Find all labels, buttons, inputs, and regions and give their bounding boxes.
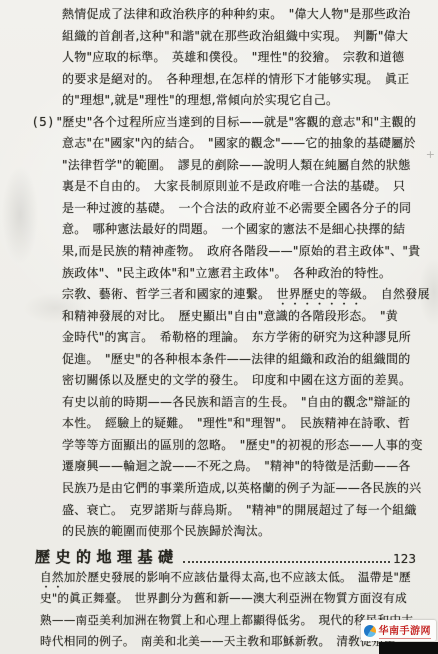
toc-line: 密切關係以及歷史的文学的發生。 印度和中國在这方面的差異。	[0, 370, 438, 392]
toc-line: 本性。 經驗上的疑難。 "理性"和"理智"。 民族精神在詩歌、哲	[0, 413, 438, 435]
emphasized-phrase: 世界歷史的等級。	[277, 287, 369, 301]
watermark-black-bar	[379, 642, 438, 654]
page-text: 熱情促成了法律和政治秩序的种种約束。 "偉大人物"是那些政治 組織的首創者,这种…	[0, 4, 438, 653]
toc-line-text: "歷史"各个过程所应当達到的目标——就是"客觀的意志"和"主觀的	[57, 115, 417, 129]
toc-line: 有史以前的時期——各民族和語言的生長。 "自由的觀念"辯証的	[0, 392, 438, 414]
toc-line: 的民族的範圍而使那个民族歸於淘汰。	[0, 521, 438, 543]
toc-line: 金時代"的寓言。 希勒格的理論。 东方学術的研究为这种謬見所	[0, 327, 438, 349]
toc-line: 的"理想",就是"理性"的理想,常傾向於实現它自己。	[0, 90, 438, 112]
toc-line: 人物"应取的标準。 英雄和僕役。 "理性"的狡獪。 宗敎和道德	[0, 47, 438, 69]
item-number: (5)	[33, 115, 57, 129]
dotted-leader	[183, 561, 391, 563]
toc-line: 裏是不自由的。 大家長制原則並不是政府唯一合法的基礎。 只	[0, 176, 438, 198]
toc-line: 的要求是絕对的。 各种理想,在怎样的情形下才能够实現。 眞正	[0, 69, 438, 91]
toc-line: 組織的首創者,这种"和諧"就在那些政治組織中实現。 判斷"偉大	[0, 26, 438, 48]
toc-line: 和精神發展的对比。 歷史顯出"自由"意識的各階段形态。 "黄	[0, 306, 438, 328]
toc-line: 意志"在"國家"內的結合。 "國家的觀念"——它的抽象的基礎屬於	[0, 133, 438, 155]
toc-line: 盛、衰亡。 克罗諾斯与薛烏斯。 "精神"的開展超过了每一个組織	[0, 500, 438, 522]
toc-line: 意。 哪种憲法最好的問題。 一个國家的憲法不是細心抉擇的結	[0, 219, 438, 241]
scanned-book-page: 熱情促成了法律和政治秩序的种种約束。 "偉大人物"是那些政治 組織的首創者,这种…	[0, 0, 438, 654]
watermark-text: 华南手游网	[379, 622, 432, 639]
watermark-band: 华南手游网	[361, 620, 437, 641]
toc-line: 是一种过渡的基礎。 一个合法的政府並不必需要全國各分子的同	[0, 198, 438, 220]
page-number: 123	[393, 552, 416, 566]
toc-line: "法律哲学"的範圍。 謬見的剷除——說明人類在純屬自然的狀態	[0, 155, 438, 177]
section-heading: 歷史的地理基礎	[35, 546, 179, 567]
emphasized-phrase: 自然	[40, 570, 64, 584]
toc-line: 遷廢興——輪迴之說——不死之鳥。 "精神"的特徵是活動——各	[0, 456, 438, 478]
toc-line: 促進。 "歷史"的各种根本条件——法律的組織和政治的組織間的	[0, 349, 438, 371]
toc-line: 民族乃是由它們的事業所造成,以英格蘭的例子为証——各民族的兴	[0, 478, 438, 500]
toc-line: 学等等方面顯出的區別的忽略。 "歷史"的初視的形态——人事的变	[0, 435, 438, 457]
toc-line: 族政体"、"民主政体"和"立憲君主政体"。 各种政治的特性。	[0, 263, 438, 285]
toc-line: 熱情促成了法律和政治秩序的种种約束。 "偉大人物"是那些政治	[0, 4, 438, 26]
section-heading-row: 歷史的地理基礎 123	[0, 544, 438, 567]
toc-line-text: 加於歷史發展的影响不应該估量得太高,也不应該太低。 温帶是"歷	[64, 570, 411, 584]
watermark: 华南手游网	[361, 620, 437, 654]
toc-line: 果,而是民族的精神產物。 政府各階段——"原始的君主政体"、"貴	[0, 241, 438, 263]
watermark-logo-icon	[364, 625, 376, 637]
scan-artifact: +	[426, 148, 435, 161]
toc-line-text: 宗敎、藝術、哲学三者和國家的連繫。	[62, 287, 277, 301]
toc-line: 史"的眞正舞臺。 世界劃分为舊和新——澳大利亞洲在物質方面沒有成	[0, 588, 438, 610]
toc-item-5-first-line: (5)"歷史"各个过程所应当達到的目标——就是"客觀的意志"和"主觀的	[0, 112, 438, 134]
toc-line-text: 自然發展	[369, 287, 430, 301]
toc-line-with-emphasis: 宗敎、藝術、哲学三者和國家的連繫。 世界歷史的等級。 自然發展	[0, 284, 438, 306]
toc-line-with-emphasis: 自然加於歷史發展的影响不应該估量得太高,也不应該太低。 温帶是"歷	[0, 567, 438, 589]
